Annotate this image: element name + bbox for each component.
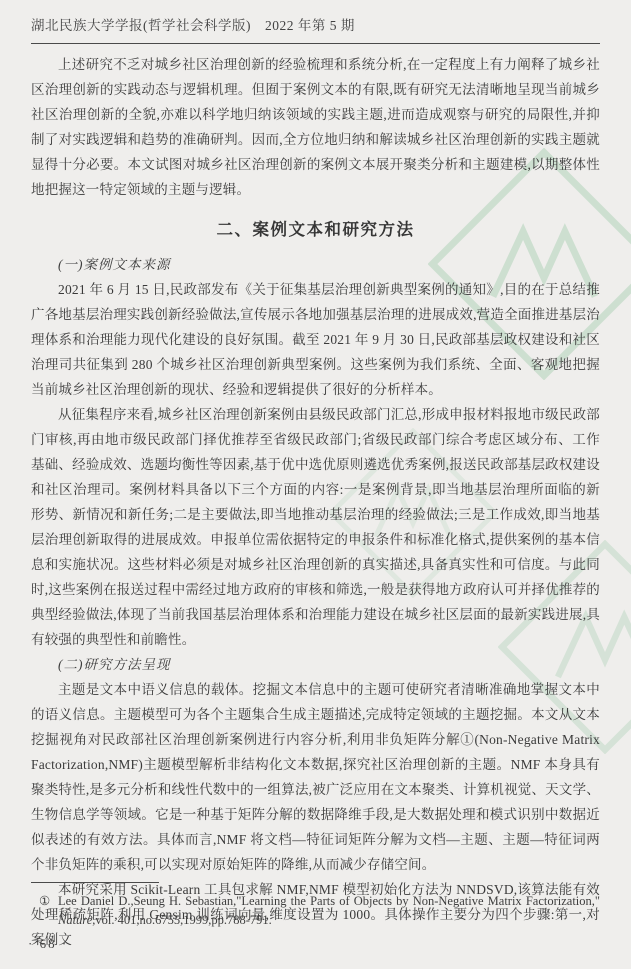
running-header: 湖北民族大学学报(哲学社会科学版) 2022 年第 5 期 bbox=[31, 0, 600, 44]
article-body: 上述研究不乏对城乡社区治理创新的经验梳理和系统分析,在一定程度上有力阐释了城乡社… bbox=[31, 52, 600, 952]
subsection-1-heading: (一)案例文本来源 bbox=[31, 252, 600, 277]
footnote-entry: ① Lee Daniel D.,Seung H. Sebastian,"Lear… bbox=[31, 892, 600, 930]
journal-page: 湖北民族大学学报(哲学社会科学版) 2022 年第 5 期 上述研究不乏对城乡社… bbox=[0, 0, 631, 969]
footnote-text: Lee Daniel D.,Seung H. Sebastian,"Learni… bbox=[58, 894, 600, 927]
section-heading: 二、案例文本和研究方法 bbox=[31, 216, 600, 240]
footnote-divider bbox=[31, 882, 159, 883]
footnote-block: ① Lee Daniel D.,Seung H. Sebastian,"Lear… bbox=[31, 882, 600, 930]
page-number: · 68 · bbox=[28, 936, 68, 952]
method-paragraph-1: 主题是文本中语义信息的载体。挖掘文本信息中的主题可使研究者清晰准确地掌握文本中的… bbox=[31, 677, 600, 877]
scanned-journal-page: { "header": { "journal_line": "湖北民族大学学报(… bbox=[0, 0, 631, 969]
case-source-paragraph-1: 2021 年 6 月 15 日,民政部发布《关于征集基层治理创新典型案例的通知》… bbox=[31, 277, 600, 402]
case-source-paragraph-2: 从征集程序来看,城乡社区治理创新案例由县级民政部门汇总,形成申报材料报地市级民政… bbox=[31, 402, 600, 652]
footnote-marker: ① bbox=[39, 892, 50, 911]
intro-paragraph: 上述研究不乏对城乡社区治理创新的经验梳理和系统分析,在一定程度上有力阐释了城乡社… bbox=[31, 52, 600, 202]
subsection-2-heading: (二)研究方法呈现 bbox=[31, 652, 600, 677]
footnote-journal-name: Nature bbox=[58, 913, 92, 927]
journal-title-issue: 湖北民族大学学报(哲学社会科学版) 2022 年第 5 期 bbox=[31, 18, 355, 33]
